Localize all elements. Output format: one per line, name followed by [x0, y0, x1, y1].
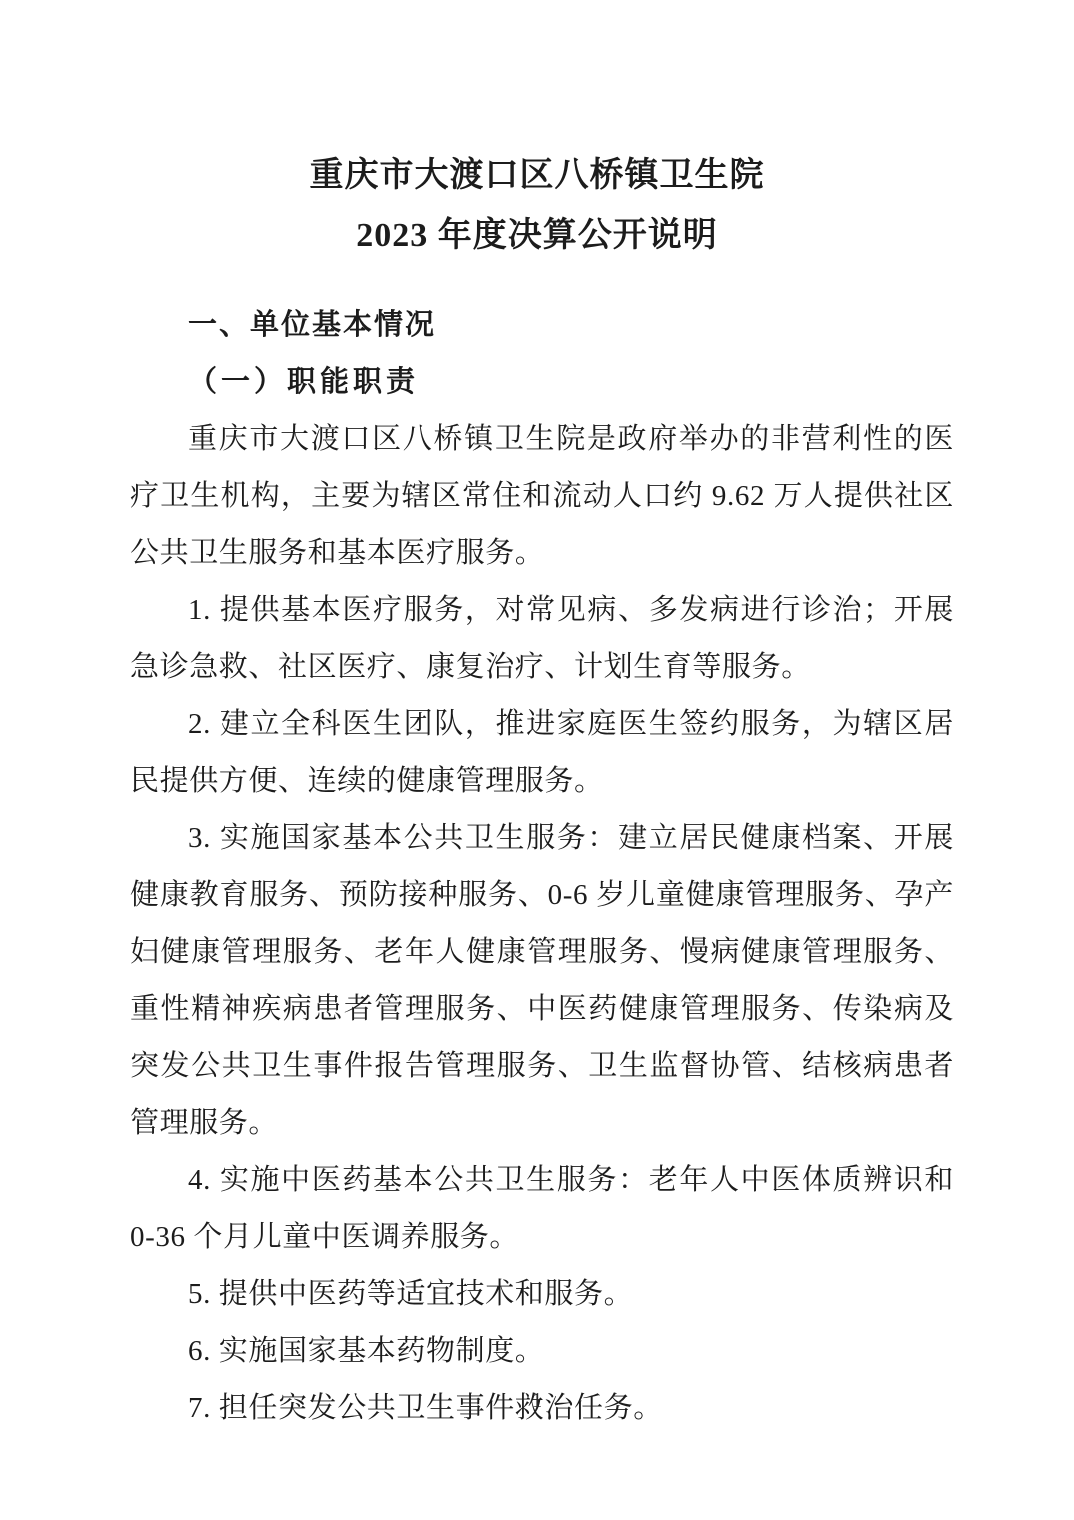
document-body: 一、单位基本情况 （一）职能职责 重庆市大渡口区八桥镇卫生院是政府举办的非营利性… — [130, 297, 954, 1437]
paragraph-intro: 重庆市大渡口区八桥镇卫生院是政府举办的非营利性的医疗卫生机构，主要为辖区常住和流… — [130, 411, 954, 582]
document-page: 重庆市大渡口区八桥镇卫生院 2023 年度决算公开说明 一、单位基本情况 （一）… — [0, 0, 1074, 1520]
document-title-line1: 重庆市大渡口区八桥镇卫生院 — [0, 146, 1074, 206]
paragraph-item-4: 4. 实施中医药基本公共卫生服务：老年人中医体质辨识和 0-36 个月儿童中医调… — [130, 1152, 954, 1266]
page-number: 1 — [0, 1388, 1074, 1412]
subsection-heading: （一）职能职责 — [130, 354, 954, 411]
paragraph-item-2: 2. 建立全科医生团队，推进家庭医生签约服务，为辖区居民提供方便、连续的健康管理… — [130, 696, 954, 810]
paragraph-item-5: 5. 提供中医药等适宜技术和服务。 — [130, 1266, 954, 1323]
document-title: 重庆市大渡口区八桥镇卫生院 2023 年度决算公开说明 — [0, 0, 1074, 266]
paragraph-item-1: 1. 提供基本医疗服务，对常见病、多发病进行诊治；开展急诊急救、社区医疗、康复治… — [130, 582, 954, 696]
document-title-line2: 2023 年度决算公开说明 — [0, 206, 1074, 266]
paragraph-item-6: 6. 实施国家基本药物制度。 — [130, 1323, 954, 1380]
paragraph-item-3: 3. 实施国家基本公共卫生服务：建立居民健康档案、开展健康教育服务、预防接种服务… — [130, 810, 954, 1152]
section-heading: 一、单位基本情况 — [130, 297, 954, 354]
